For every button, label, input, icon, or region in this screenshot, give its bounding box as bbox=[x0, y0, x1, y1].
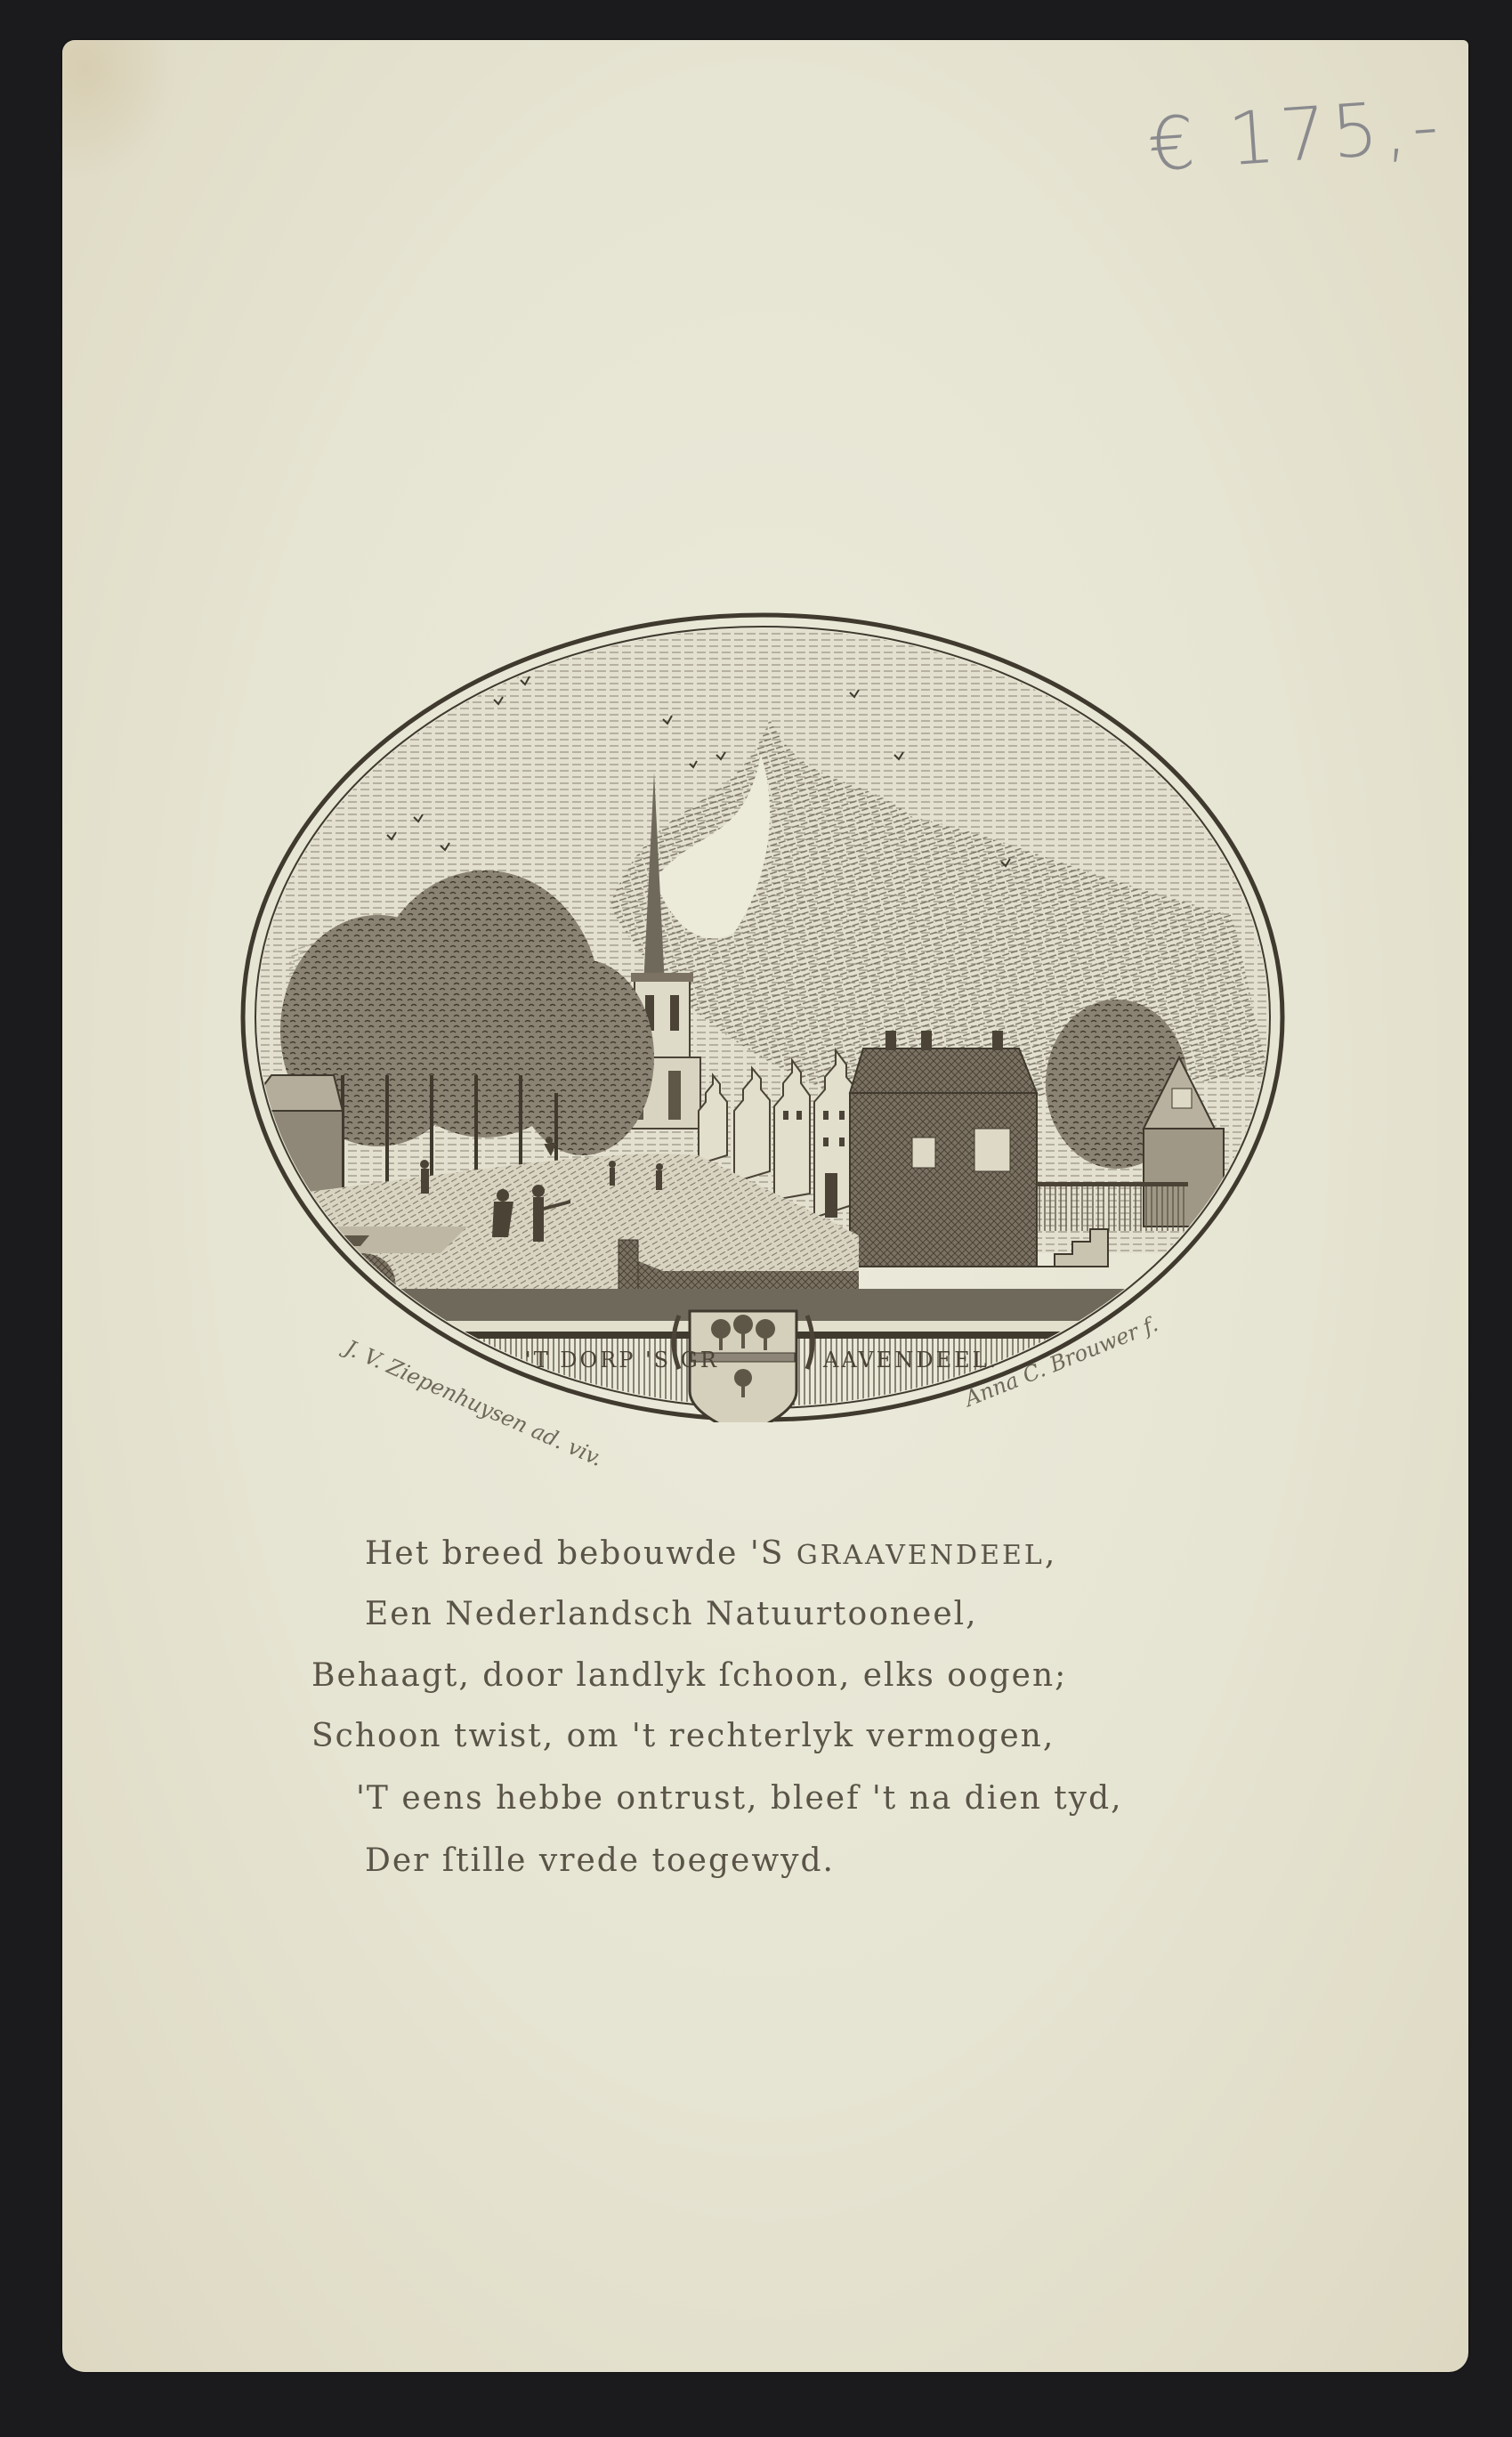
caption-right: AAVENDEEL. bbox=[822, 1348, 999, 1372]
verse-line-2: Een Nederlandsch Natuurtooneel, bbox=[365, 1596, 978, 1632]
verse-line-3: Behaagt, door landlyk ſchoon, elks oogen… bbox=[311, 1657, 1067, 1694]
verse-line-5: 'T eens hebbe ontrust, bleef 't na dien … bbox=[356, 1780, 1123, 1817]
engraved-oval-vignette: 'T DORP 'S GR AAVENDEEL. bbox=[236, 612, 1290, 1422]
village-view-illustration: 'T DORP 'S GR AAVENDEEL. bbox=[236, 612, 1290, 1422]
place-name: GRAAVENDEEL bbox=[796, 1540, 1045, 1571]
verse-line-1: Het breed bebouwde 'S GRAAVENDEEL, bbox=[365, 1535, 1056, 1572]
caption-left: 'T DORP 'S GR bbox=[525, 1348, 719, 1372]
verse-line-6: Der ſtille vrede toegewyd. bbox=[365, 1842, 835, 1879]
verse-line-4: Schoon twist, om 't rechterlyk vermogen, bbox=[311, 1718, 1055, 1754]
